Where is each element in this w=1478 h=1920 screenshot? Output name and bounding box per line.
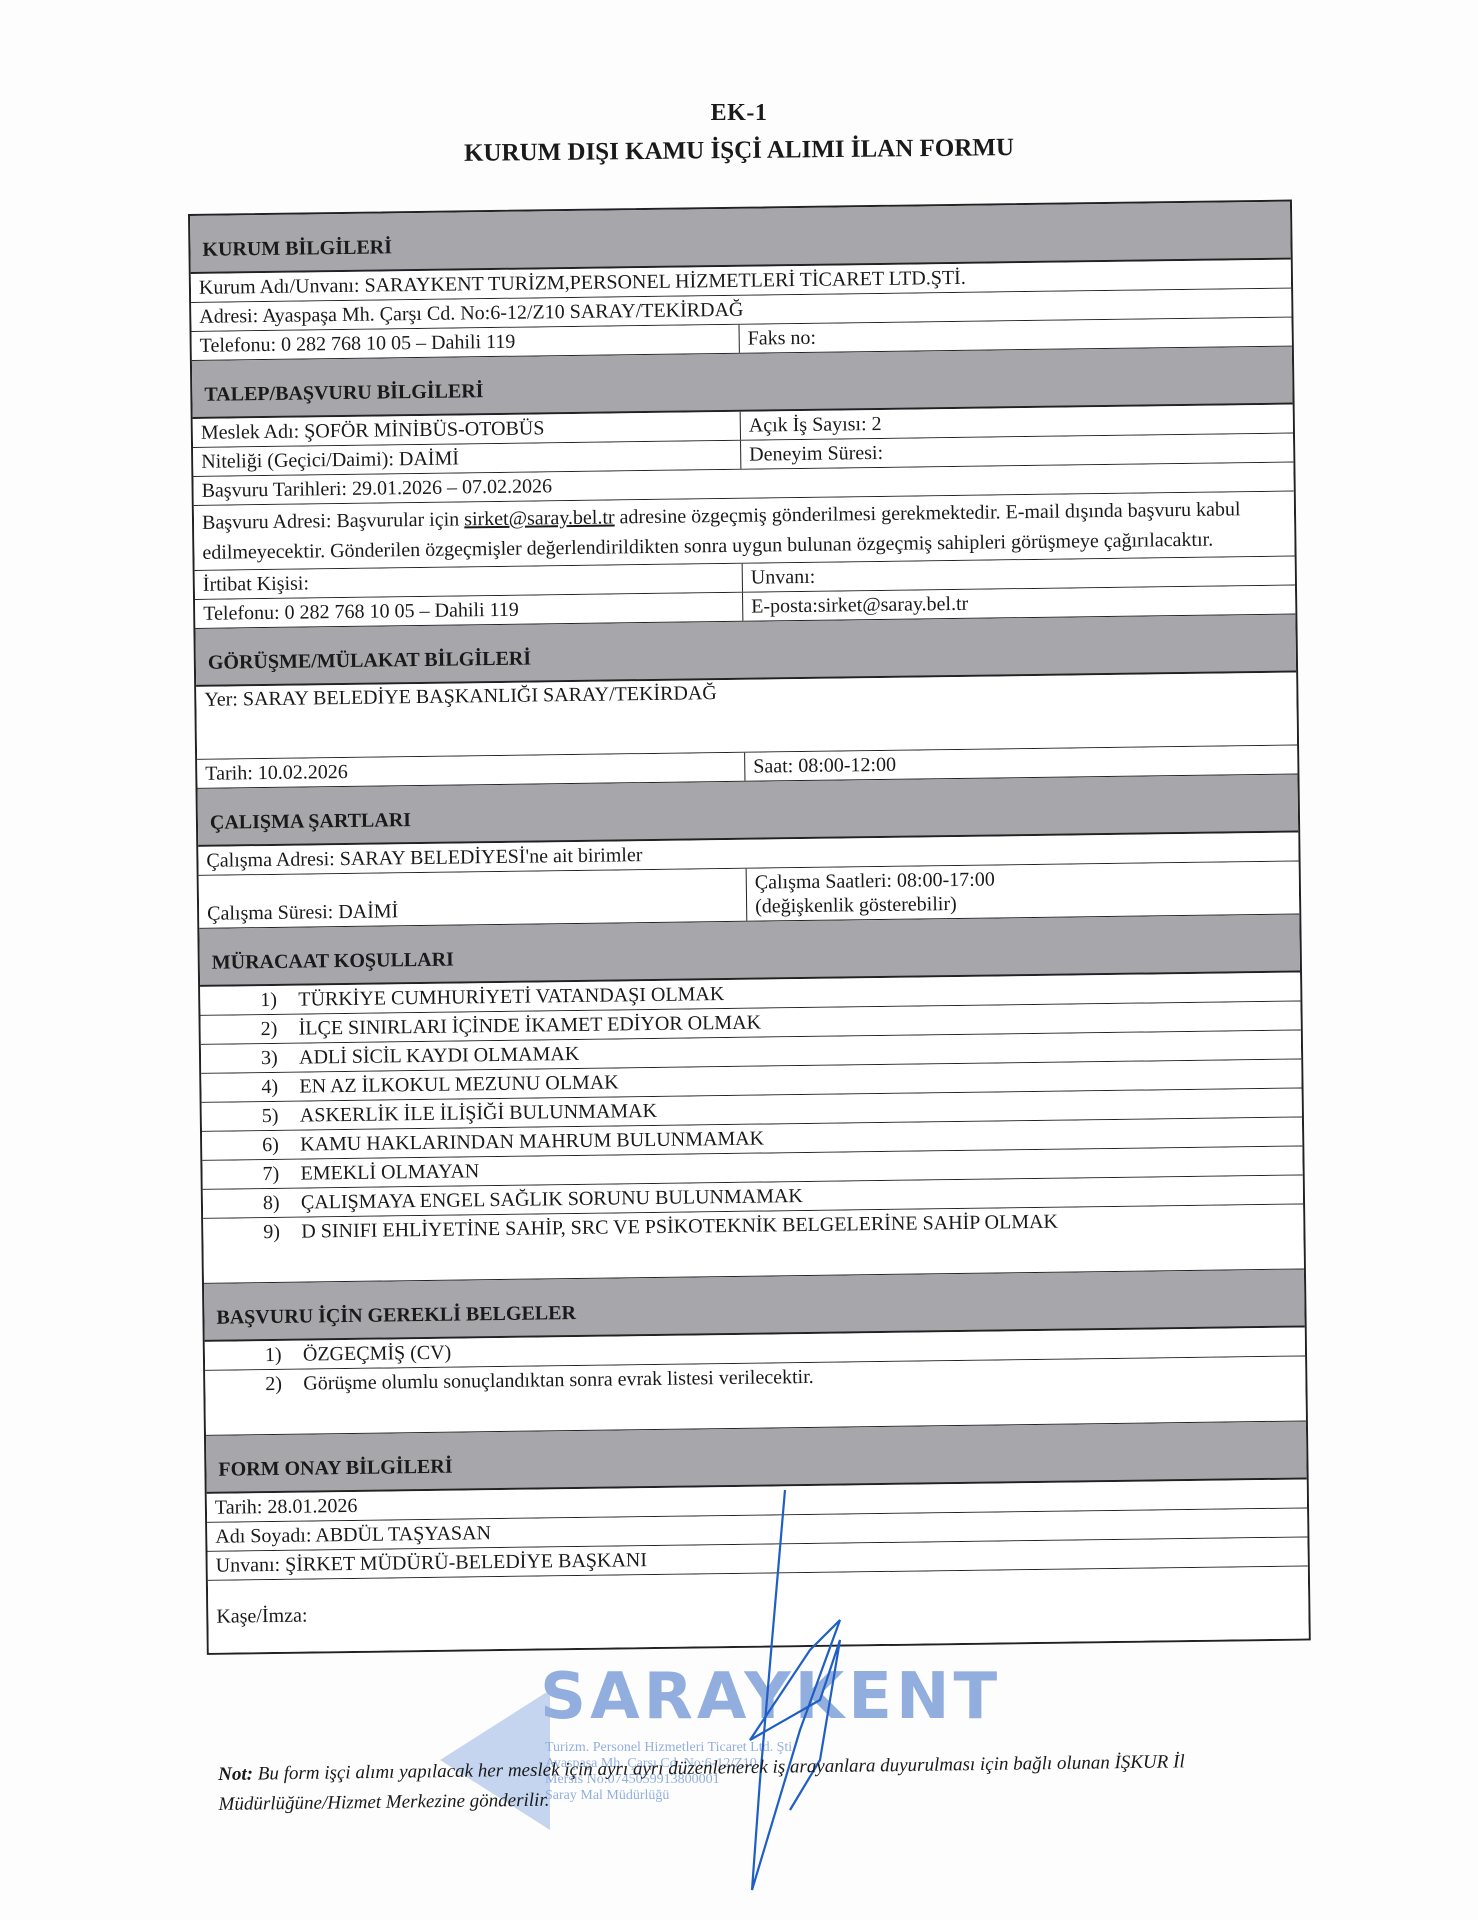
list-item-number: 5) bbox=[262, 1105, 300, 1128]
application-address-prefix: Başvuru Adresi: Başvurular için bbox=[202, 508, 464, 533]
list-item-number: 1) bbox=[265, 1344, 303, 1367]
list-item-text: KAMU HAKLARINDAN MAHRUM BULUNMAMAK bbox=[300, 1128, 764, 1157]
list-item-number: 8) bbox=[263, 1192, 301, 1215]
list-item-number: 2) bbox=[265, 1373, 303, 1396]
form-title: KURUM DIŞI KAMU İŞÇİ ALIMI İLAN FORMU bbox=[0, 129, 1478, 172]
list-item-number: 2) bbox=[261, 1018, 299, 1041]
list-item-text: EMEKLİ OLMAYAN bbox=[300, 1160, 479, 1185]
list-item-text: ASKERLİK İLE İLİŞİĞİ BULUNMAMAK bbox=[300, 1100, 657, 1128]
list-item-text: TÜRKİYE CUMHURİYETİ VATANDAŞI OLMAK bbox=[298, 983, 724, 1012]
interview-place: Yer: SARAY BELEDİYE BAŞKANLIĞI SARAY/TEK… bbox=[196, 673, 1297, 759]
list-item-number: 6) bbox=[262, 1134, 300, 1157]
application-email-link[interactable]: sirket@saray.bel.tr bbox=[464, 506, 615, 530]
title-block: EK-1 KURUM DIŞI KAMU İŞÇİ ALIMI İLAN FOR… bbox=[0, 100, 1478, 165]
note-text: Bu form işçi alımı yapılacak her meslek … bbox=[218, 1751, 1184, 1815]
announcement-form: KURUM BİLGİLERİ Kurum Adı/Unvanı: SARAYK… bbox=[188, 200, 1311, 1655]
list-item-text: EN AZ İLKOKUL MEZUNU OLMAK bbox=[299, 1071, 618, 1098]
list-item-text: ÇALIŞMAYA ENGEL SAĞLIK SORUNU BULUNMAMAK bbox=[301, 1185, 803, 1215]
list-item-number: 9) bbox=[263, 1221, 301, 1244]
document-page: EK-1 KURUM DIŞI KAMU İŞÇİ ALIMI İLAN FOR… bbox=[0, 0, 1478, 1920]
list-item-number: 7) bbox=[262, 1163, 300, 1186]
annex-label: EK-1 bbox=[0, 100, 1478, 127]
list-item-number: 4) bbox=[261, 1076, 299, 1099]
list-item-number: 1) bbox=[260, 989, 298, 1012]
requirements-list: 1)TÜRKİYE CUMHURİYETİ VATANDAŞI OLMAK2)İ… bbox=[200, 973, 1303, 1247]
signature-icon bbox=[690, 1480, 890, 1900]
note-label: Not: bbox=[218, 1764, 253, 1785]
list-item-text: ÖZGEÇMİŞ (CV) bbox=[303, 1342, 452, 1367]
list-item-text: İLÇE SINIRLARI İÇİNDE İKAMET EDİYOR OLMA… bbox=[299, 1012, 762, 1041]
list-item-text: ADLİ SİCİL KAYDI OLMAMAK bbox=[299, 1043, 579, 1070]
form-note: Not: Bu form işçi alımı yapılacak her me… bbox=[218, 1745, 1329, 1820]
work-hours: Çalışma Saatleri: 08:00-17:00 (değişkenl… bbox=[747, 862, 1300, 921]
list-item-number: 3) bbox=[261, 1047, 299, 1070]
work-duration: Çalışma Süresi: DAİMİ bbox=[199, 869, 748, 928]
